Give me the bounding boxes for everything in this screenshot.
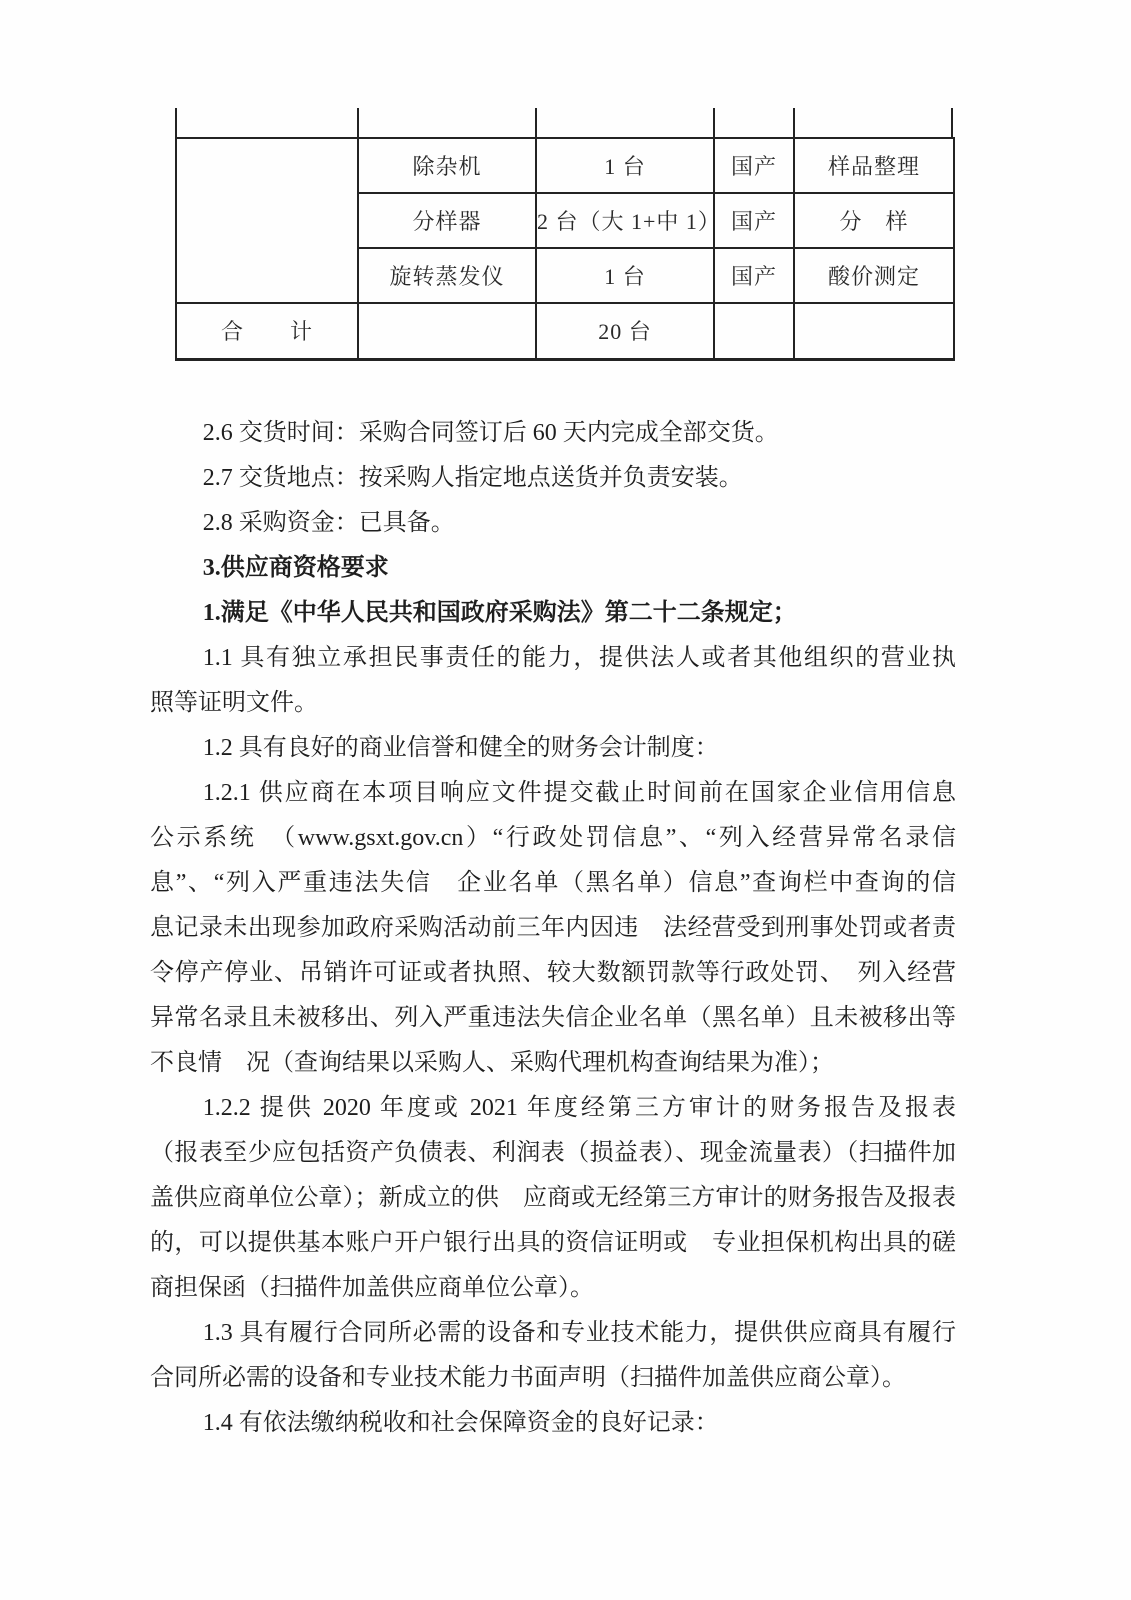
cell-quantity: 1 台 [536,248,714,303]
table-row: 除杂机 1 台 国产 样品整理 [176,138,954,193]
text-line: 1.2.1 供应商在本项目响应文件提交截止时间前在国家企业信用信息 [150,771,956,816]
equipment-table: 除杂机 1 台 国产 样品整理 分样器 2 台（大 1+中 1） 国产 分 样 … [175,137,955,361]
cell-empty [794,303,954,359]
text-line: 令停产停业、吊销许可证或者执照、较大数额罚款等行政处罚、 列入经营 [150,951,956,996]
cell-origin: 国产 [714,138,794,193]
text-line: 1.1 具有独立承担民事责任的能力，提供法人或者其他组织的营业执 [150,636,956,681]
section-heading: 3.供应商资格要求 [150,546,956,591]
text-line: 商担保函（扫描件加盖供应商单位公章）。 [150,1266,956,1311]
cell-equipment-name: 除杂机 [358,138,536,193]
document-page: 除杂机 1 台 国产 样品整理 分样器 2 台（大 1+中 1） 国产 分 样 … [0,0,1131,1600]
text-line: 的，可以提供基本账户开户银行出具的资信证明或 专业担保机构出具的磋 [150,1221,956,1266]
text-line: 盖供应商单位公章）；新成立的供 应商或无经第三方审计的财务报告及报表 [150,1176,956,1221]
cell-origin: 国产 [714,248,794,303]
text-line: 1.2.2 提供 2020 年度或 2021 年度经第三方审计的财务报告及报表 [150,1086,956,1131]
cell-total-quantity: 20 台 [536,303,714,359]
text-line: 公示系统 （www.gsxt.gov.cn）“行政处罚信息”、“列入经营异常名录… [150,816,956,861]
cell-origin: 国产 [714,193,794,248]
table-border-stub [535,108,537,139]
text-line: 异常名录且未被移出、列入严重违法失信企业名单（黑名单）且未被移出等 [150,996,956,1041]
cell-use: 酸价测定 [794,248,954,303]
cell-equipment-name: 旋转蒸发仪 [358,248,536,303]
cell-quantity: 2 台（大 1+中 1） [536,193,714,248]
cell-empty [358,303,536,359]
text-line: 不良情 况（查询结果以采购人、采购代理机构查询结果为准）； [150,1041,956,1086]
section-heading: 1.满足《中华人民共和国政府采购法》第二十二条规定； [150,591,956,636]
text-line: 2.8 采购资金：已具备。 [150,501,956,546]
text-line: 照等证明文件。 [150,681,956,726]
cell-use: 样品整理 [794,138,954,193]
text-line: 1.2 具有良好的商业信誉和健全的财务会计制度： [150,726,956,771]
cell-equipment-name: 分样器 [358,193,536,248]
text-line: 息”、“列入严重违法失信 企业名单（黑名单）信息”查询栏中查询的信 [150,861,956,906]
text-line: （报表至少应包括资产负债表、利润表（损益表）、现金流量表）（扫描件加 [150,1131,956,1176]
text-line: 2.6 交货时间：采购合同签订后 60 天内完成全部交货。 [150,411,956,456]
text-line: 息记录未出现参加政府采购活动前三年内因违 法经营受到刑事处罚或者责 [150,906,956,951]
cell-use: 分 样 [794,193,954,248]
body-text: 2.6 交货时间：采购合同签订后 60 天内完成全部交货。 2.7 交货地点：按… [150,411,956,1446]
table-border-stub [175,108,177,139]
text-line: 1.4 有依法缴纳税收和社会保障资金的良好记录： [150,1401,956,1446]
table-border-stub [951,108,953,139]
text-line: 2.7 交货地点：按采购人指定地点送货并负责安装。 [150,456,956,501]
table-border-stub [713,108,715,139]
text-line: 合同所必需的设备和专业技术能力书面声明（扫描件加盖供应商公章）。 [150,1356,956,1401]
cell-empty [714,303,794,359]
cell-quantity: 1 台 [536,138,714,193]
cell-total-label: 合 计 [176,303,358,359]
table-border-stub [793,108,795,139]
cell-category-empty [176,138,358,303]
text-line: 1.3 具有履行合同所必需的设备和专业技术能力，提供供应商具有履行 [150,1311,956,1356]
table-total-row: 合 计 20 台 [176,303,954,359]
table-border-stub [357,108,359,139]
